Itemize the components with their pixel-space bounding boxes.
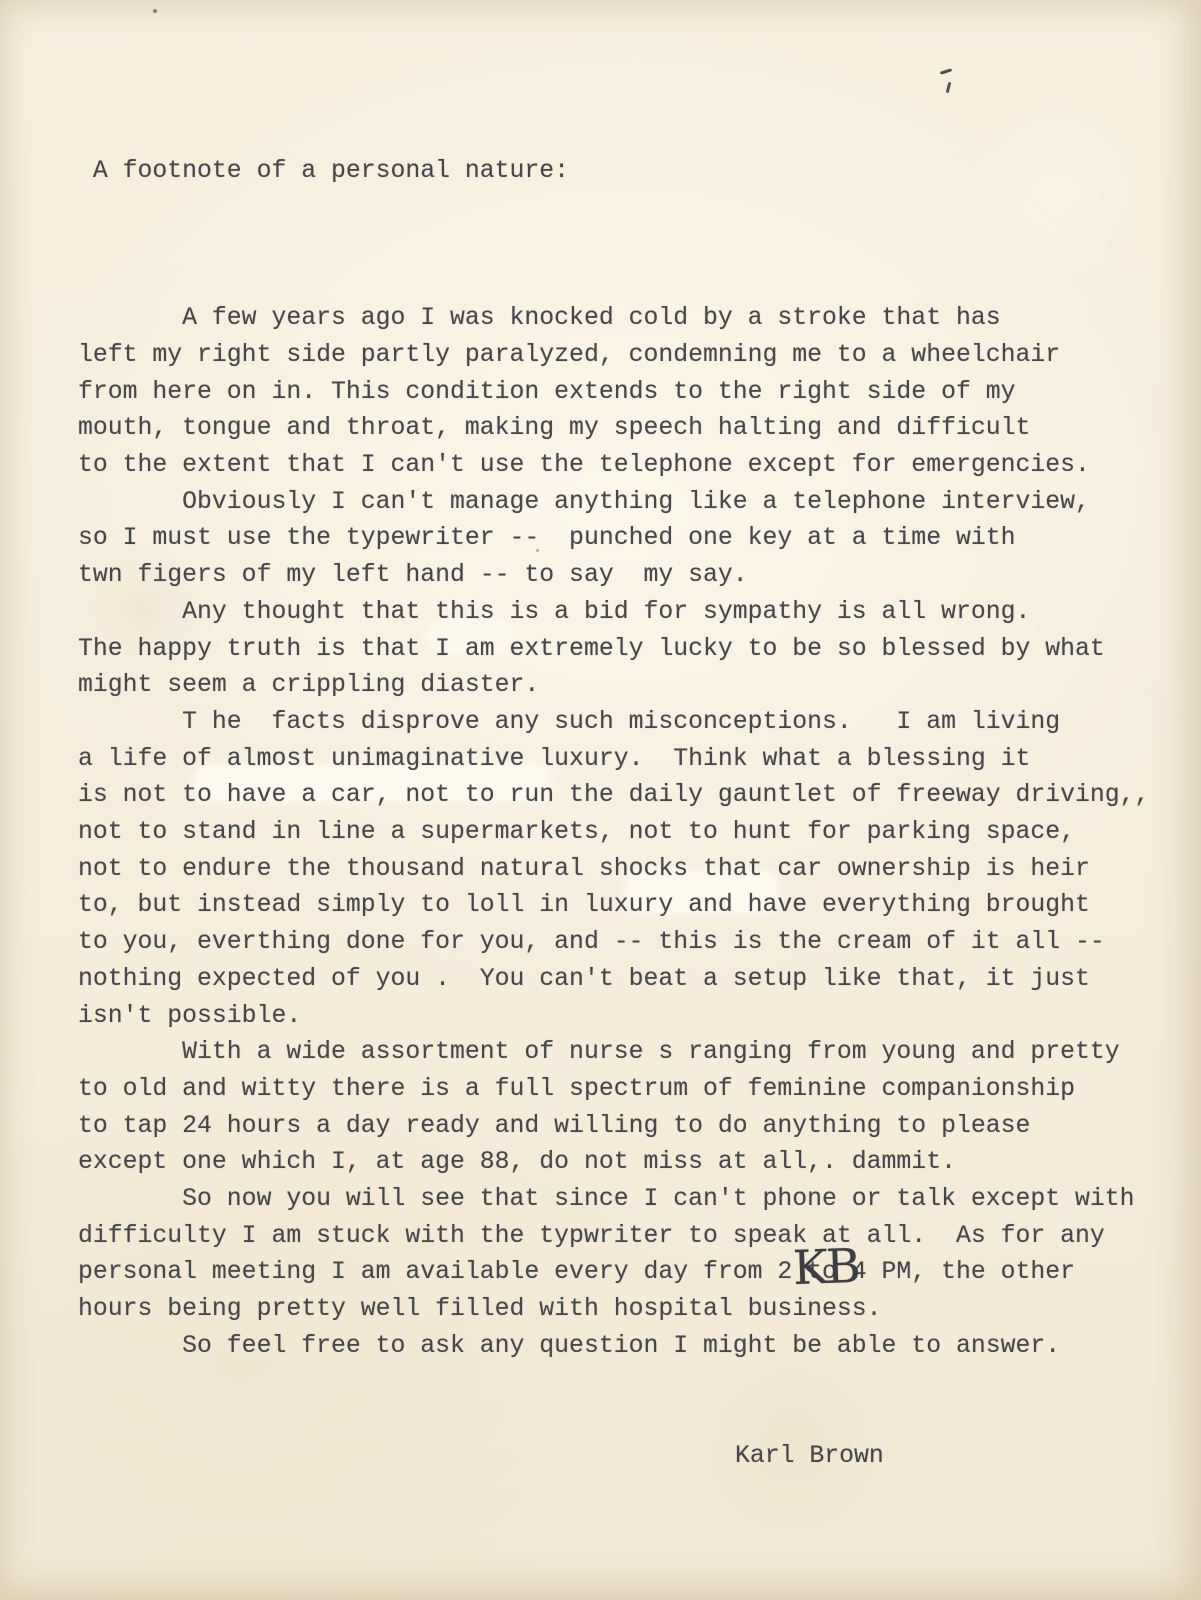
letter-line: nothing expected of you . You can't beat… <box>78 961 1149 998</box>
letter-line: mouth, tongue and throat, making my spee… <box>78 410 1149 447</box>
letter-line: So now you will see that since I can't p… <box>78 1181 1149 1218</box>
letter-line: twn figers of my left hand -- to say my … <box>78 557 1149 594</box>
letter-line: T he facts disprove any such misconcepti… <box>78 704 1149 741</box>
letter-line: difficulty I am stuck with the typwriter… <box>78 1218 1149 1255</box>
letter-line: to, but instead simply to loll in luxury… <box>78 887 1149 924</box>
handwritten-initials: KB <box>792 1239 860 1296</box>
letter-line: Any thought that this is a bid for sympa… <box>78 594 1149 631</box>
letter-body: A footnote of a personal nature: A few y… <box>78 80 1149 1548</box>
letter-line: So feel free to ask any question I might… <box>78 1328 1149 1365</box>
letter-line: to tap 24 hours a day ready and willing … <box>78 1108 1149 1145</box>
letter-line: not to stand in line a supermarkets, not… <box>78 814 1149 851</box>
letter-heading: A footnote of a personal nature: <box>78 153 1149 190</box>
letter-lines: A few years ago I was knocked cold by a … <box>78 300 1149 1364</box>
letter-line: a life of almost unimaginative luxury. T… <box>78 741 1149 778</box>
letter-line: except one which I, at age 88, do not mi… <box>78 1144 1149 1181</box>
letter-line: might seem a crippling diaster. <box>78 667 1149 704</box>
signature-name: Karl Brown <box>78 1438 1149 1475</box>
letter-line: The happy truth is that I am extremely l… <box>78 631 1149 668</box>
letter-line: A few years ago I was knocked cold by a … <box>78 300 1149 337</box>
letter-page: A footnote of a personal nature: A few y… <box>0 0 1201 1600</box>
letter-line: to old and witty there is a full spectru… <box>78 1071 1149 1108</box>
letter-line: from here on in. This condition extends … <box>78 374 1149 411</box>
letter-line: With a wide assortment of nurse s rangin… <box>78 1034 1149 1071</box>
letter-line: Obviously I can't manage anything like a… <box>78 484 1149 521</box>
letter-line: is not to have a car, not to run the dai… <box>78 777 1149 814</box>
letter-line: to you, everthing done for you, and -- t… <box>78 924 1149 961</box>
letter-line: so I must use the typewriter -- punched … <box>78 520 1149 557</box>
letter-line: not to endure the thousand natural shock… <box>78 851 1149 888</box>
letter-line: personal meeting I am available every da… <box>78 1254 1149 1291</box>
letter-line: hours being pretty well filled with hosp… <box>78 1291 1149 1328</box>
stray-ink-stroke <box>940 68 952 75</box>
letter-line: to the extent that I can't use the telep… <box>78 447 1149 484</box>
letter-line: left my right side partly paralyzed, con… <box>78 337 1149 374</box>
paper-speck <box>153 9 157 13</box>
letter-line: isn't possible. <box>78 998 1149 1035</box>
